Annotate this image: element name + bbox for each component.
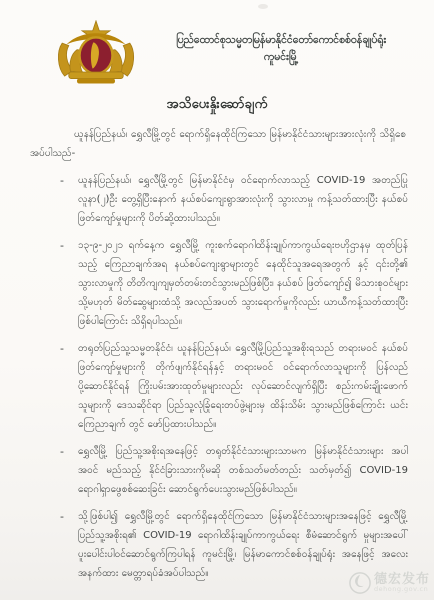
bullet-dash: - (60, 171, 78, 190)
bullet-item-2: - ၁၃-၉-၂၀၂၁ ရက်နေ့က ရွှေလီမြို့ ကူးစက်ရေ… (60, 236, 408, 331)
bullet-dash: - (60, 442, 78, 461)
bullet-dash: - (60, 236, 78, 255)
bullet-dash: - (60, 507, 78, 526)
bullet-item-1: - ယူနန်ပြည်နယ်၊ ရွှေလီမြို့တွင် မြန်မာနိ… (60, 171, 408, 228)
bullet-text-4: ရွှေလီမြို့ ပြည်သူ့အစိုးရအနေဖြင့် တရုတ်န… (78, 442, 408, 499)
office-name-block: ပြည်ထောင်စုသမ္မတမြန်မာနိုင်ငံတော်ကောင်စစ… (148, 32, 414, 66)
office-name-line2: ကူမင်းမြို့ (148, 49, 414, 66)
document-header: ပြည်ထောင်စုသမ္မတမြန်မာနိုင်ငံတော်ကောင်စစ… (0, 0, 434, 88)
scanned-notice-page: ပြည်ထောင်စုသမ္မတမြန်မာနိုင်ငံတော်ကောင်စစ… (0, 0, 434, 600)
bullet-item-4: - ရွှေလီမြို့ ပြည်သူ့အစိုးရအနေဖြင့် တရုတ… (60, 442, 408, 499)
myanmar-state-seal-icon (54, 20, 138, 86)
notice-title: အသိပေးနှိုးဆော်ချက် (0, 96, 434, 115)
bullet-dash: - (60, 339, 78, 358)
bullet-text-5: သို့ဖြစ်ပါ၍ ရွှေလီမြို့တွင် ရောက်ရှိနေထိ… (78, 507, 408, 583)
office-name-line1: ပြည်ထောင်စုသမ္မတမြန်မာနိုင်ငံတော်ကောင်စစ… (148, 32, 414, 49)
bullet-item-5: - သို့ဖြစ်ပါ၍ ရွှေလီမြို့တွင် ရောက်ရှိနေ… (60, 507, 408, 583)
bullet-item-3: - တရုတ်ပြည်သူ့သမ္မတနိုင်ငံ၊ ယူနန်ပြည်နယ်… (60, 339, 408, 434)
bullet-list: - ယူနန်ပြည်နယ်၊ ရွှေလီမြို့တွင် မြန်မာနိ… (60, 171, 408, 583)
intro-paragraph: ယူနန်ပြည်နယ်၊ ရွှေလီမြို့တွင် ရောက်ရှိနေ… (30, 125, 406, 163)
bullet-text-1: ယူနန်ပြည်နယ်၊ ရွှေလီမြို့တွင် မြန်မာနိုင… (78, 171, 408, 228)
watermark-site: dehong.gov.cn (374, 586, 430, 593)
bullet-text-2: ၁၃-၉-၂၀၂၁ ရက်နေ့က ရွှေလီမြို့ ကူးစက်ရောဂ… (78, 236, 408, 331)
bullet-text-3: တရုတ်ပြည်သူ့သမ္မတနိုင်ငံ၊ ယူနန်ပြည်နယ်၊ … (78, 339, 408, 434)
